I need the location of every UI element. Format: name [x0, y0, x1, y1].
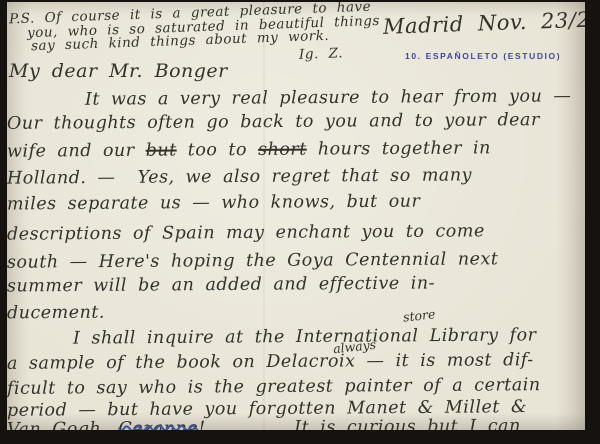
handwritten-text: a sample of the book on Delacroix — it i…	[7, 350, 534, 374]
blue-corrected-word: Cezanne	[118, 418, 198, 430]
handwritten-text: summer will be an added and effective in…	[7, 274, 435, 297]
handwritten-text: wife and our	[7, 141, 146, 162]
dateline: Madrid Nov. 23/27	[383, 7, 585, 39]
handwritten-text: It was a very real pleasure to hear from…	[85, 86, 572, 109]
letter-scan: P.S. Of course it is a great pleasure to…	[0, 0, 600, 444]
handwritten-line: miles separate us — who knows, but our	[7, 192, 420, 215]
handwritten-line: summer will be an added and effective in…	[7, 274, 435, 297]
handwritten-line: It was a very real pleasure to hear from…	[85, 86, 572, 109]
interlinear-insertion: store	[402, 306, 436, 324]
handwritten-line: ficult to say who is the greatest painte…	[7, 375, 541, 399]
handwritten-line: south — Here's hoping the Goya Centennia…	[7, 249, 498, 272]
handwritten-text: ficult to say who is the greatest painte…	[7, 375, 541, 399]
ps-initials: Ig. Z.	[299, 45, 344, 63]
struck-word: short	[258, 140, 307, 160]
letter-paper: P.S. Of course it is a great pleasure to…	[7, 2, 585, 430]
handwritten-text: Our thoughts often go back to you and to…	[7, 110, 540, 134]
handwritten-text: too to	[177, 140, 259, 161]
handwritten-text: south — Here's hoping the Goya Centennia…	[7, 249, 498, 272]
handwritten-text: Van Gogh,	[7, 419, 118, 430]
handwritten-text: miles separate us — who knows, but our	[7, 192, 420, 215]
handwritten-text: Holland. — Yes, we also regret that so m…	[7, 165, 472, 188]
handwritten-text: ! It is curious but I can	[198, 416, 521, 430]
handwritten-line: descriptions of Spain may enchant you to…	[7, 221, 485, 244]
handwritten-text: I shall inquire at the International Lib…	[73, 325, 537, 348]
handwritten-line: ducement.	[7, 303, 105, 324]
handwritten-text: descriptions of Spain may enchant you to…	[7, 221, 485, 244]
handwritten-line: Our thoughts often go back to you and to…	[7, 110, 540, 134]
letterhead: 10. ESPAÑOLETO (ESTUDIO)	[405, 51, 561, 61]
handwritten-text: hours together in	[307, 138, 491, 159]
handwritten-line: a sample of the book on Delacroix — it i…	[7, 350, 534, 374]
handwritten-text: ducement.	[7, 303, 105, 324]
handwritten-line: I shall inquire at the International Lib…	[73, 325, 537, 348]
struck-word: but	[146, 141, 177, 161]
handwritten-line: Holland. — Yes, we also regret that so m…	[7, 165, 472, 188]
handwritten-line: wife and our but too to short hours toge…	[7, 138, 491, 161]
salutation: My dear Mr. Bonger	[9, 60, 228, 82]
handwritten-line: Van Gogh, Cezanne! It is curious but I c…	[7, 416, 521, 430]
